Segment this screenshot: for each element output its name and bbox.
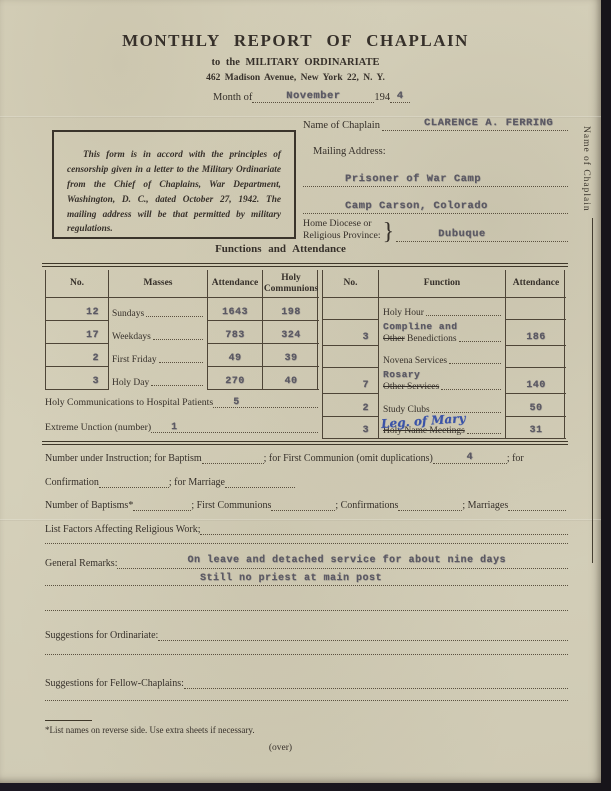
margin-note-name-of-chaplain: Name of Chaplain [581,126,591,276]
general-remarks-line: General Remarks: On leave and detached s… [45,556,568,569]
month-value: November [286,90,340,102]
function-novena-services: Novena Services [379,346,506,368]
col-header-attendance: Attendance [506,270,566,298]
footnote-text: *List names on reverse side. Use extra s… [45,725,255,735]
table-cell: 186 [506,320,566,346]
typed-value: 4 [467,452,474,463]
scanned-document: MONTHLY REPORT OF CHAPLAIN to the MILITA… [0,0,611,791]
general-remarks-label: General Remarks: [45,558,117,569]
col-header-attendance: Attendance [208,270,263,298]
home-diocese-field: Home Diocese orReligious Province: } Dub… [303,218,568,242]
line-label: Extreme Unction (number) [45,422,151,433]
table-cell: 1643 [208,298,263,321]
form-title: MONTHLY REPORT OF CHAPLAIN [0,31,591,51]
typed-correction: Compline and [383,321,457,332]
table-cell: 39 [263,344,319,367]
censorship-notice-text: This form is in accord with the principl… [67,148,281,237]
table-cell: 3 [46,367,109,390]
table-cell: 49 [208,344,263,367]
mailing-address-label: Mailing Address: [313,146,386,157]
table-cell: 17 [46,321,109,344]
dotted-leader [151,376,203,386]
blank-dotted-line [45,700,568,701]
table-cell: 7 [323,368,379,394]
chaplain-name-label: Name of Chaplain [303,120,382,131]
fill-line: 1 [151,421,318,433]
col-header-function: Function [379,270,506,298]
remarks-typed-2: Still no priest at main post [200,573,382,584]
text-segment: Number under Instruction; for Baptism [45,453,202,464]
fill-line [398,499,462,511]
address-line2-rule: Camp Carson, Colorado [303,201,568,214]
fill-line [184,676,568,689]
struck-label: Other Services [383,382,439,392]
dotted-leader [449,354,501,364]
diocese-label-line2: Religious Province: [303,230,381,241]
blank-dotted-line [45,654,568,655]
address-line2-value: Camp Carson, Colorado [345,200,488,212]
dotted-leader [467,424,501,434]
remarks-line-2-rule: Still no priest at main post [45,585,568,586]
mailing-address-field: Mailing Address: [313,146,568,157]
instruction-line-1: Number under Instruction; for Baptism ; … [45,452,568,464]
month-field: Month of November 194 4 [213,90,410,103]
fill-line [202,452,264,464]
typed-value: 5 [233,396,239,407]
row-label: Sundays [112,309,144,319]
fill-line [99,476,169,488]
mailing-address-line2: Camp Carson, Colorado [303,201,568,214]
table-cell: 270 [208,367,263,390]
dotted-leader [159,353,203,363]
month-value-line: November [252,90,374,103]
row-label: Holy Hour [383,308,424,318]
table-cell: 140 [506,368,566,394]
masses-table: No. Masses Attendance Holy Communions 12… [45,270,318,390]
year-value: 4 [397,90,404,102]
table-cell: 50 [506,394,566,417]
chaplain-name-line: CLARENCE A. FERRING [382,118,568,131]
table-cell: 3 [323,320,379,346]
function-holy-hour: Holy Hour [379,298,506,320]
diocese-value: Dubuque [438,228,486,240]
fill-line: 5 [213,396,318,408]
fill-line [133,499,191,511]
diocese-value-line: Dubuque [396,229,568,242]
line-label: Holy Communications to Hospital Patients [45,397,213,408]
col-header-no: No. [46,270,109,298]
year-value-line: 4 [390,90,410,103]
extreme-unction-line: Extreme Unction (number) 1 [45,421,318,433]
struck-word: Other [383,334,405,344]
row-label: Holy Day [112,378,149,388]
row-label: Other Benedictions [383,334,457,344]
table-row: First Friday [109,344,208,367]
function-other-services: Rosary Other Services [379,368,506,394]
fill-line [158,628,568,641]
table-row: Holy Day [109,367,208,390]
function-benedictions: Compline and Other Benedictions [379,320,506,346]
table-cell [506,298,566,320]
table-cell: 31 [506,417,566,439]
table-cell: 3 [323,417,379,439]
row-label: Novena Services [383,356,447,366]
text-segment: Confirmation [45,477,99,488]
blank-dotted-line [45,543,568,544]
table-cell: 783 [208,321,263,344]
text-segment: ; First Communions [191,500,271,511]
dotted-leader [426,306,501,316]
remarks-typed-1: On leave and detached service for about … [187,555,506,566]
label-rest: Benedictions [405,334,457,344]
text-segment: ; for Marriage [169,477,225,488]
form-subtitle: to the MILITARY ORDINARIATE [0,57,591,68]
suggestions-ordinariate-label: Suggestions for Ordinariate: [45,630,158,641]
fill-line [508,499,566,511]
dotted-leader [459,332,501,342]
functions-attendance-title: Functions and Attendance [0,243,561,255]
address-line1-value: Prisoner of War Camp [345,173,481,185]
fill-line [271,499,335,511]
diocese-label-line1: Home Diocese or [303,218,372,229]
table-row: Sundays [109,298,208,321]
double-rule-bottom [42,441,568,445]
year-prefix: 194 [374,92,390,103]
text-segment: List Factors Affecting Religious Work; [45,524,200,535]
chaplain-name-value: CLARENCE A. FERRING [424,117,553,129]
dotted-leader [432,403,501,413]
text-segment: ; Confirmations [335,500,398,511]
text-segment: ; for [507,453,524,464]
over-note: (over) [0,743,561,753]
brace-glyph: } [381,223,397,242]
dotted-leader [441,380,501,390]
chaplain-name-field: Name of Chaplain CLARENCE A. FERRING [303,118,568,131]
typed-value: 1 [171,421,177,432]
table-row: Weekdays [109,321,208,344]
month-label: Month of [213,92,252,103]
suggestions-ordinariate-line: Suggestions for Ordinariate: [45,628,568,641]
text-segment: ; Marriages [462,500,508,511]
table-cell: 2 [323,394,379,417]
fill-line [225,476,295,488]
table-cell: 40 [263,367,319,390]
functions-table: No. Function Attendance Holy Hour 3 Comp… [322,270,565,439]
instruction-line-2: Confirmation ; for Marriage [45,476,568,488]
instruction-line-3: Number of Baptisms* ; First Communions ;… [45,499,568,511]
fill-line [200,522,568,535]
margin-vertical-rule [592,218,593,563]
dotted-leader [153,330,203,340]
table-cell: 324 [263,321,319,344]
fill-line: 4 [433,452,507,464]
paper-crease [0,519,601,521]
mailing-address-line1: Prisoner of War Camp [303,174,568,187]
form-page: MONTHLY REPORT OF CHAPLAIN to the MILITA… [0,0,601,783]
text-segment: ; for First Communion (omit duplications… [264,453,433,464]
text-segment: Number of Baptisms* [45,500,133,511]
blank-dotted-line [45,610,568,611]
footnote-rule [45,720,92,721]
diocese-label: Home Diocese orReligious Province: [303,218,381,242]
col-header-no: No. [323,270,379,298]
ordinariate-address: 462 Madison Avenue, New York 22, N. Y. [0,73,591,83]
table-cell: 2 [46,344,109,367]
row-label: Weekdays [112,332,151,342]
hospital-patients-line: Holy Communications to Hospital Patients… [45,396,318,408]
table-cell [323,346,379,368]
table-cell: 12 [46,298,109,321]
address-line1-rule: Prisoner of War Camp [303,174,568,187]
col-header-masses: Masses [109,270,208,298]
factors-line: List Factors Affecting Religious Work; [45,522,568,535]
fill-line: On leave and detached service for about … [117,556,568,569]
double-rule-top [42,263,568,267]
censorship-notice-box: This form is in accord with the principl… [52,130,296,239]
table-cell: 198 [263,298,319,321]
table-cell [323,298,379,320]
suggestions-fellow-line: Suggestions for Fellow-Chaplains: [45,676,568,689]
suggestions-fellow-label: Suggestions for Fellow-Chaplains: [45,678,184,689]
typed-correction: Rosary [383,369,420,380]
table-cell [506,346,566,368]
row-label: First Friday [112,355,157,365]
col-header-holy-communions: Holy Communions [263,270,319,298]
dotted-leader [146,307,203,317]
function-holy-name-meetings: Leg. of Mary Holy Name Meetings [379,417,506,439]
